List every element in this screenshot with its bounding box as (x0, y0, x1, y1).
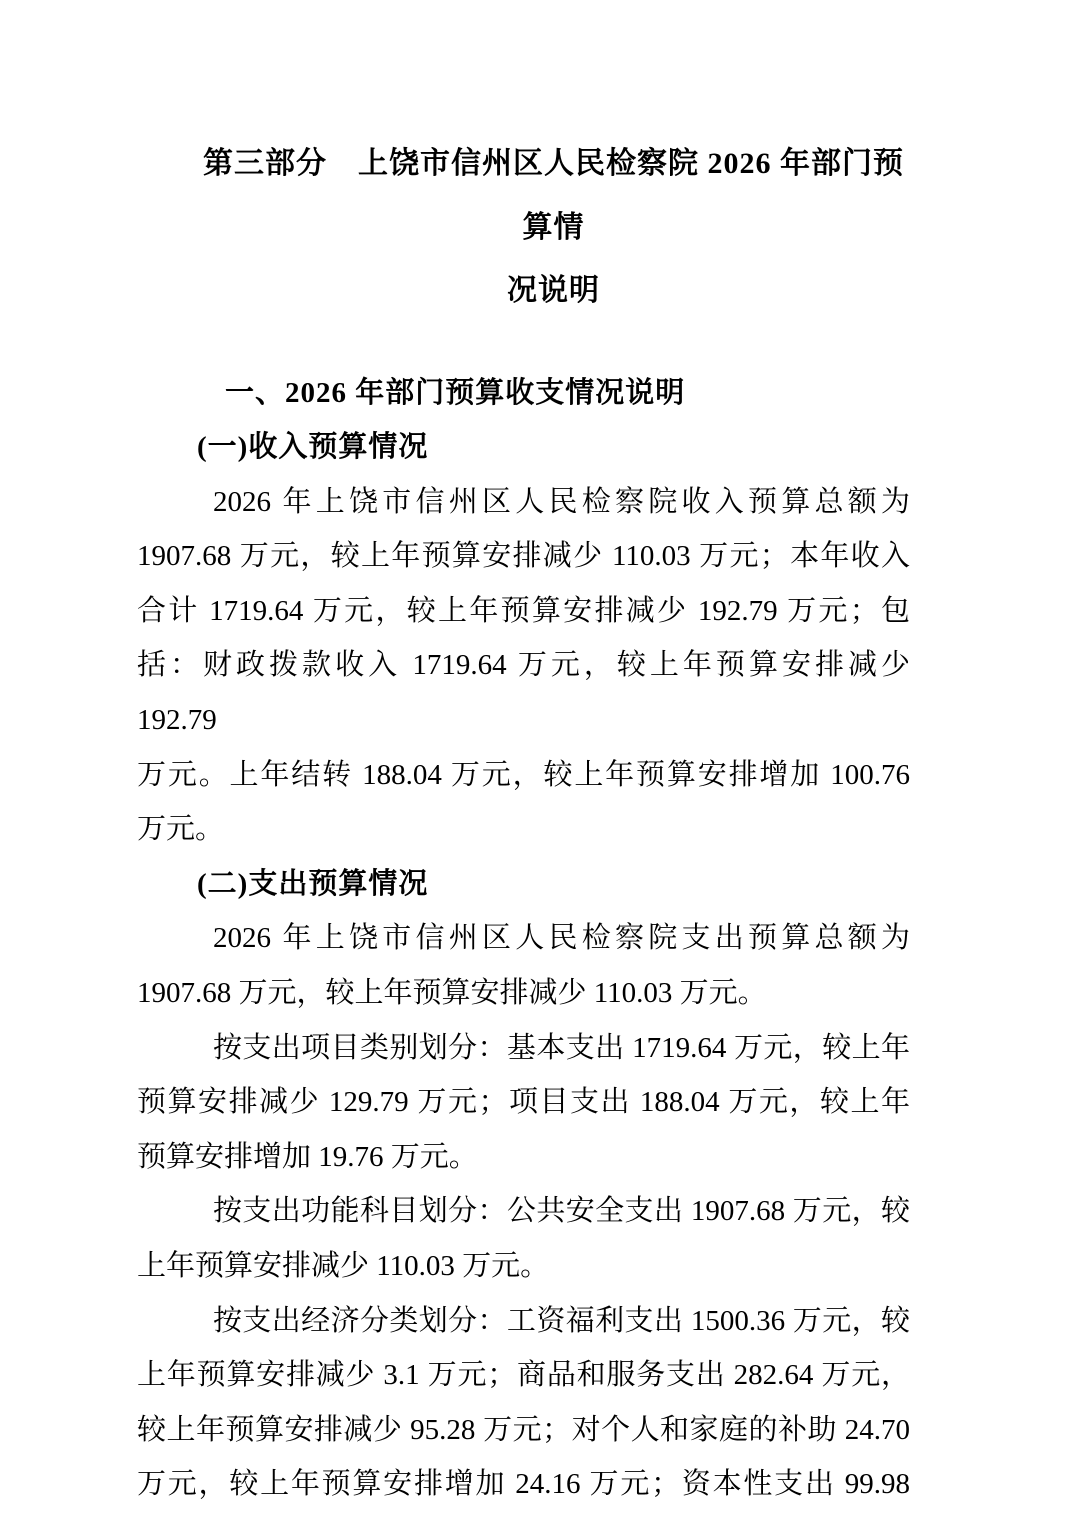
paragraph-expenditure-by-economic-class: 按支出经济分类划分：工资福利支出 1500.36 万元，较 上年预算安排减少 3… (137, 1294, 910, 1512)
paragraph-line: 预算安排增加 19.76 万元。 (137, 1130, 910, 1185)
paragraph-line: 万元。上年结转 188.04 万元，较上年预算安排增加 100.76 (137, 748, 910, 803)
paragraph-expenditure-by-function: 按支出功能科目划分：公共安全支出 1907.68 万元，较 上年预算安排减少 1… (137, 1184, 910, 1293)
paragraph-line: 万元，较上年预算安排增加 24.16 万元；资本性支出 99.98 (137, 1457, 910, 1512)
paragraph-line: 按支出经济分类划分：工资福利支出 1500.36 万元，较 (137, 1294, 910, 1349)
paragraph-expenditure-by-project-type: 按支出项目类别划分：基本支出 1719.64 万元，较上年 预算安排减少 129… (137, 1021, 910, 1185)
paragraph-line: 1907.68 万元，较上年预算安排减少 110.03 万元。 (137, 966, 910, 1021)
paragraph-line: 万元。 (137, 802, 910, 857)
document-title-line-2: 况说明 (197, 259, 910, 323)
paragraph-line: 预算安排减少 129.79 万元；项目支出 188.04 万元，较上年 (137, 1075, 910, 1130)
paragraph-line: 2026 年上饶市信州区人民检察院支出预算总额为 (137, 911, 910, 966)
paragraph-line: 1907.68 万元，较上年预算安排减少 110.03 万元；本年收入 (137, 529, 910, 584)
subsection-heading-expenditure-budget: (二)支出预算情况 (137, 857, 910, 912)
paragraph-line: 上年预算安排减少 3.1 万元；商品和服务支出 282.64 万元， (137, 1348, 910, 1403)
paragraph-line: 合计 1719.64 万元，较上年预算安排减少 192.79 万元；包 (137, 584, 910, 639)
page-content: 第三部分 上饶市信州区人民检察院 2026 年部门预算情 况说明 一、2026 … (0, 132, 910, 1512)
paragraph-line: 括：财政拨款收入 1719.64 万元，较上年预算安排减少 192.79 (137, 638, 910, 747)
paragraph-line: 上年预算安排减少 110.03 万元。 (137, 1239, 910, 1294)
subsection-heading-income-budget: (一)收入预算情况 (137, 420, 910, 475)
section-heading-budget-overview: 一、2026 年部门预算收支情况说明 (137, 366, 910, 421)
paragraph-line: 按支出项目类别划分：基本支出 1719.64 万元，较上年 (137, 1021, 910, 1076)
paragraph-income-budget: 2026 年上饶市信州区人民检察院收入预算总额为 1907.68 万元，较上年预… (137, 475, 910, 857)
document-page: 第三部分 上饶市信州区人民检察院 2026 年部门预算情 况说明 一、2026 … (0, 0, 1074, 1520)
paragraph-line: 按支出功能科目划分：公共安全支出 1907.68 万元，较 (137, 1184, 910, 1239)
paragraph-expenditure-total: 2026 年上饶市信州区人民检察院支出预算总额为 1907.68 万元，较上年预… (137, 911, 910, 1020)
paragraph-line: 较上年预算安排减少 95.28 万元；对个人和家庭的补助 24.70 (137, 1403, 910, 1458)
document-title-line-1: 第三部分 上饶市信州区人民检察院 2026 年部门预算情 (197, 132, 910, 259)
document-title: 第三部分 上饶市信州区人民检察院 2026 年部门预算情 况说明 (197, 132, 910, 323)
paragraph-line: 2026 年上饶市信州区人民检察院收入预算总额为 (137, 475, 910, 530)
